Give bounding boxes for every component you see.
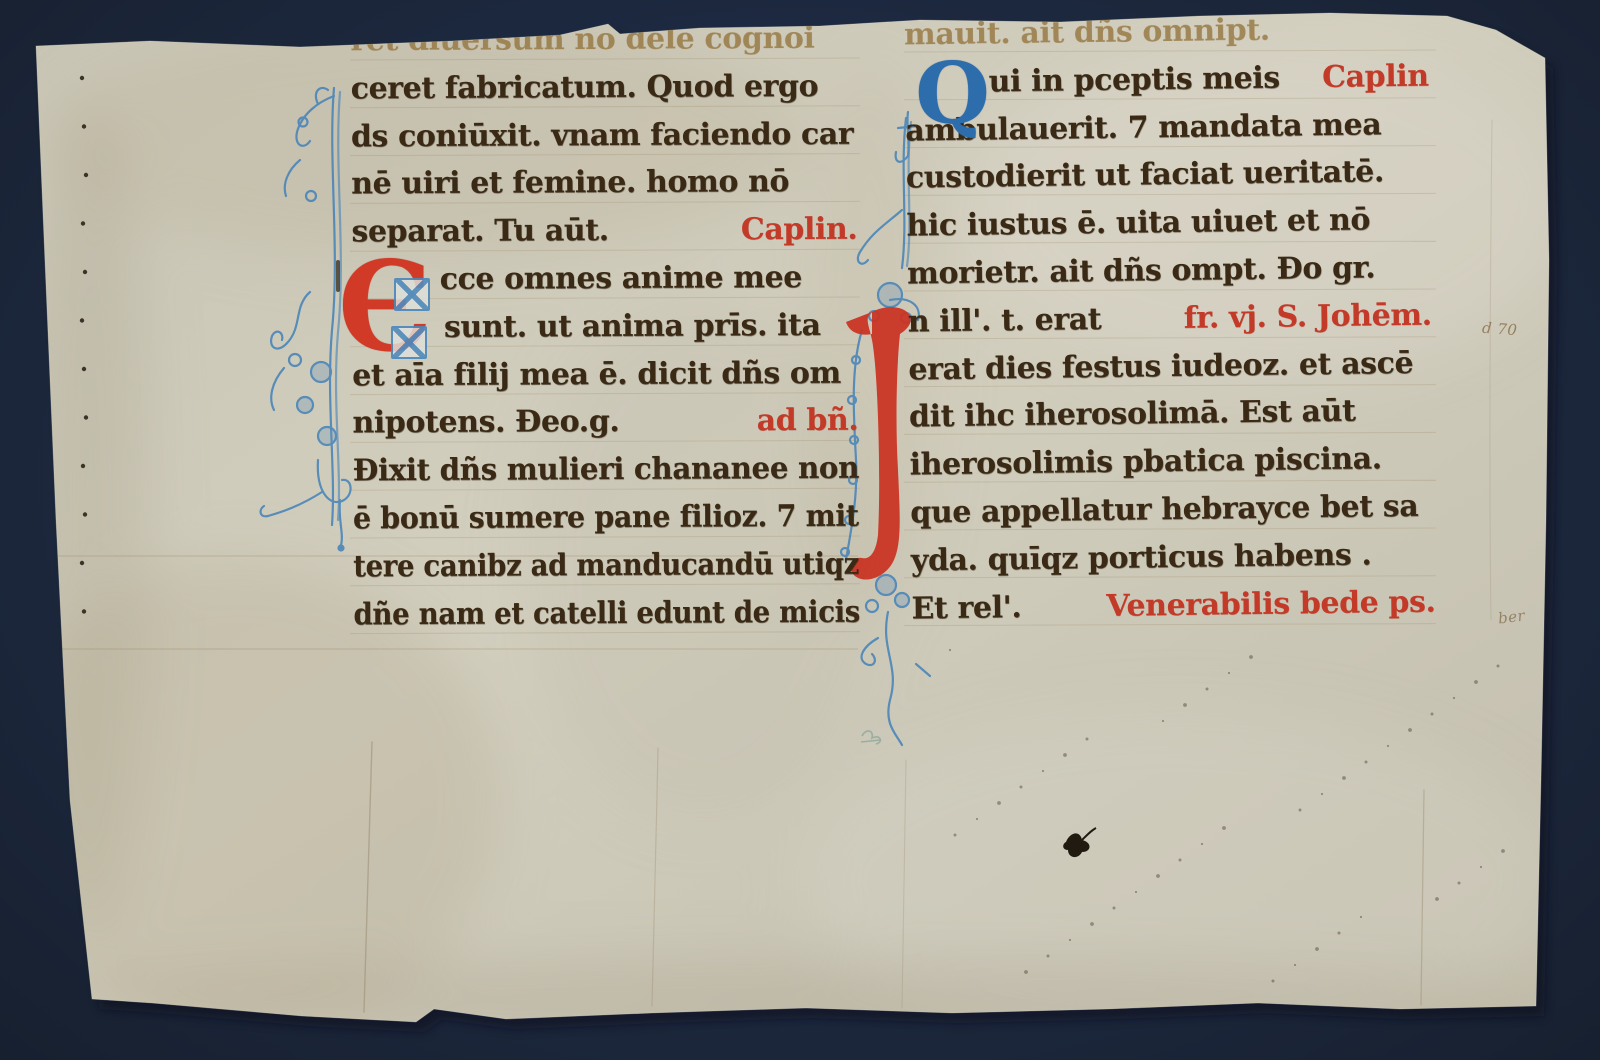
text-segment: morietr. ait dñs ompt. Đo gr.: [907, 248, 1376, 294]
text-segment: dñe nam et catelli edunt de micis: [353, 592, 860, 635]
manuscript-line: ds coniūxit. vnam faciendo car: [351, 114, 857, 157]
rubric-text: fr. vj. S. Johēm.: [1183, 295, 1432, 338]
text-segment: ui in pceptis meis: [988, 58, 1280, 102]
rubric-text: Caplin: [1322, 56, 1429, 97]
marginal-note: ber: [1497, 606, 1526, 627]
text-segment: tere canibz ad manducandū utiqz: [353, 544, 859, 587]
manuscript-line: Đixit dñs mulieri chananee non: [353, 449, 849, 492]
text-segment: dit ihc iherosolimā. Est aūt: [909, 392, 1356, 438]
rubric-text: Venerabilis bede ps.: [1106, 582, 1436, 626]
marginal-note: d 70: [1481, 319, 1518, 339]
rubric-text: ad bñ.: [757, 401, 859, 442]
text-segment: custodierit ut faciat ueritatē.: [906, 153, 1385, 199]
manuscript-line: ui in pceptis meisCaplin: [988, 56, 1428, 102]
manuscript-line: ceret fabricatum. Quod ergo: [351, 66, 857, 109]
text-segment: ds coniūxit. vnam faciendo car: [351, 114, 854, 157]
initial-q-glyph: Q: [915, 54, 990, 134]
manuscript-line: ē bonū sumere pane filioz. 7 mit: [353, 497, 834, 540]
filigree-square-icon: [394, 278, 430, 311]
text-segment: [1111, 299, 1184, 340]
edge-speck: [51, 709, 57, 715]
initial-e: Є E: [338, 252, 438, 374]
manuscript-line: cce omnes anime mee: [440, 258, 858, 300]
text-segment: n ill'. t. erat: [908, 300, 1112, 343]
text-segment: ceret fabricatum. Quod ergo: [351, 67, 819, 109]
text-segment: [619, 210, 741, 251]
text-segment: erat dies festus iudeoz. et ascē: [908, 343, 1413, 390]
text-segment: Đixit dñs mulieri chananee non: [353, 449, 860, 492]
manuscript-line: morietr. ait dñs ompt. Đo gr.: [907, 248, 1431, 295]
manuscript-line: n ill'. t. erat fr. vj. S. Johēm.: [908, 295, 1432, 342]
text-segment: iherosolimis pbatica piscina.: [909, 439, 1382, 485]
manuscript-line: erat dies festus iudeoz. et ascē: [908, 343, 1432, 390]
text-segment: yda. quīqz porticus habens .: [911, 535, 1372, 581]
text-segment: Et rel'.: [911, 587, 1031, 629]
manuscript-line: dñe nam et catelli edunt de micis: [353, 592, 820, 634]
filigree-square-icon: [391, 326, 427, 359]
manuscript-line: yda. quīqz porticus habens .: [911, 534, 1435, 581]
manuscript-line: nē uiri et femine. homo nō: [351, 162, 857, 205]
text-segment: ē bonū sumere pane filioz. 7 mit: [353, 497, 859, 540]
text-segment: que appellatur hebrayce bet sa: [910, 487, 1418, 534]
manuscript-line: dit ihc iherosolimā. Est aūt: [909, 391, 1433, 438]
manuscript-line: tere canibz ad manducandū utiqz: [353, 545, 819, 587]
rubric-text: Caplin.: [741, 210, 858, 251]
manuscript-line: custodierit ut faciat ueritatē.: [906, 152, 1430, 199]
text-segment: cce omnes anime mee: [440, 258, 803, 300]
text-layer: ret diuersum no dele cognoiceret fabrica…: [0, 0, 1600, 1060]
photo-background: ret diuersum no dele cognoiceret fabrica…: [0, 0, 1600, 1060]
text-segment: nē uiri et femine. homo nō: [351, 162, 789, 204]
manuscript-line: hic iustus ē. uita uiuet et nō: [906, 200, 1430, 247]
text-segment: [629, 402, 756, 443]
manuscript-line: nipotens. Đeo.g. ad bñ.: [352, 401, 858, 444]
text-segment: hic iustus ē. uita uiuet et nō: [906, 201, 1370, 247]
manuscript-line: iherosolimis pbatica piscina.: [909, 439, 1433, 486]
manuscript-line: Et rel'. Venerabilis bede ps.: [911, 582, 1435, 629]
initial-q: Q: [916, 54, 989, 134]
manuscript-line: que appellatur hebrayce bet sa: [910, 487, 1434, 534]
text-segment: [1279, 58, 1322, 99]
text-segment: sunt. ut anima prīs. ita: [444, 306, 821, 348]
manuscript-line: sunt. ut anima prīs. ita: [444, 305, 858, 347]
text-segment: nipotens. Đeo.g.: [352, 402, 629, 443]
text-segment: [1031, 586, 1106, 627]
